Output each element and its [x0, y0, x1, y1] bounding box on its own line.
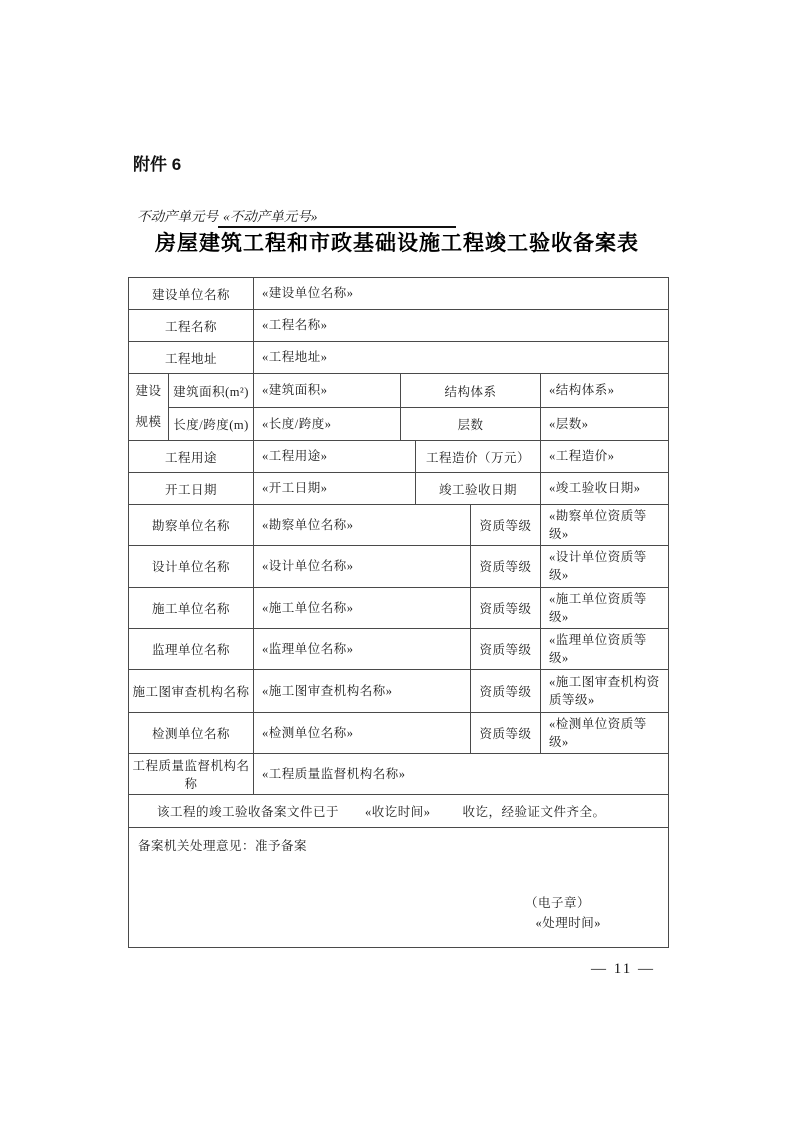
scale-label-line1: 建设: [131, 376, 166, 407]
testing-grade-label: 资质等级: [471, 713, 541, 754]
structure-system-value: «结构体系»: [541, 374, 669, 408]
drawing-review-grade-label: 资质等级: [471, 670, 541, 713]
start-date-label: 开工日期: [129, 473, 254, 505]
supervision-unit-label: 监理单位名称: [129, 628, 254, 669]
design-grade-label: 资质等级: [471, 546, 541, 587]
page-title: 房屋建筑工程和市政基础设施工程竣工验收备案表: [0, 227, 794, 257]
contractor-label: 施工单位名称: [129, 587, 254, 628]
table-row: 工程名称 «工程名称»: [129, 310, 669, 342]
building-area-value: «建筑面积»: [254, 374, 401, 408]
contractor-grade-value: «施工单位资质等级»: [541, 587, 669, 628]
building-area-label: 建筑面积(m²): [169, 374, 254, 408]
table-row: 开工日期 «开工日期» 竣工验收日期 «竣工验收日期»: [129, 473, 669, 505]
table-row: 检测单位名称 «检测单位名称» 资质等级 «检测单位资质等级»: [129, 713, 669, 754]
drawing-review-grade-value: «施工图审查机构资质等级»: [541, 670, 669, 713]
table-row: 设计单位名称 «设计单位名称» 资质等级 «设计单位资质等级»: [129, 546, 669, 587]
attachment-label: 附件 6: [133, 150, 181, 175]
receipt-statement-cell: 该工程的竣工验收备案文件已于«收讫时间»收讫，经验证文件齐全。: [129, 795, 669, 828]
contractor-grade-label: 资质等级: [471, 587, 541, 628]
table-row: 建设单位名称 «建设单位名称»: [129, 278, 669, 310]
cost-value: «工程造价»: [541, 441, 669, 473]
completion-acceptance-record-table: 建设单位名称 «建设单位名称» 工程名称 «工程名称» 工程地址 «工程地址» …: [128, 277, 669, 948]
start-date-value: «开工日期»: [254, 473, 416, 505]
floors-value: «层数»: [541, 408, 669, 441]
table-row: 施工图审查机构名称 «施工图审查机构名称» 资质等级 «施工图审查机构资质等级»: [129, 670, 669, 713]
drawing-review-org-label: 施工图审查机构名称: [129, 670, 254, 713]
design-grade-value: «设计单位资质等级»: [541, 546, 669, 587]
testing-grade-value: «检测单位资质等级»: [541, 713, 669, 754]
project-address-value: «工程地址»: [254, 342, 669, 374]
acceptance-date-value: «竣工验收日期»: [541, 473, 669, 505]
table-row: 长度/跨度(m) «长度/跨度» 层数 «层数»: [129, 408, 669, 441]
contractor-value: «施工单位名称»: [254, 587, 471, 628]
unit-no-value-field: «不动产单元号»: [218, 205, 456, 228]
page-number: — 11 —: [591, 961, 655, 978]
quality-supervision-org-label: 工程质量监督机构名称: [129, 754, 254, 795]
design-unit-label: 设计单位名称: [129, 546, 254, 587]
structure-system-label: 结构体系: [401, 374, 541, 408]
usage-label: 工程用途: [129, 441, 254, 473]
table-row: 勘察单位名称 «勘察单位名称» 资质等级 «勘察单位资质等级»: [129, 505, 669, 546]
electronic-seal-placeholder: （电子章）: [525, 893, 590, 913]
project-address-label: 工程地址: [129, 342, 254, 374]
length-span-label: 长度/跨度(m): [169, 408, 254, 441]
project-name-label: 工程名称: [129, 310, 254, 342]
authority-opinion-cell: 备案机关处理意见：准予备案 （电子章） «处理时间»: [129, 828, 669, 948]
acceptance-date-label: 竣工验收日期: [416, 473, 541, 505]
construction-unit-value: «建设单位名称»: [254, 278, 669, 310]
table-row: 工程用途 «工程用途» 工程造价（万元） «工程造价»: [129, 441, 669, 473]
scale-label-line2: 规模: [131, 407, 166, 438]
survey-unit-label: 勘察单位名称: [129, 505, 254, 546]
authority-opinion-text: 备案机关处理意见：准予备案: [129, 829, 668, 854]
survey-unit-value: «勘察单位名称»: [254, 505, 471, 546]
construction-unit-label: 建设单位名称: [129, 278, 254, 310]
cost-label: 工程造价（万元）: [416, 441, 541, 473]
receipt-statement-part1: 该工程的竣工验收备案文件已于: [157, 805, 339, 819]
survey-grade-label: 资质等级: [471, 505, 541, 546]
quality-supervision-org-value: «工程质量监督机构名称»: [254, 754, 669, 795]
design-unit-value: «设计单位名称»: [254, 546, 471, 587]
supervision-grade-value: «监理单位资质等级»: [541, 628, 669, 669]
receipt-time-field: «收讫时间»: [365, 805, 431, 819]
testing-unit-value: «检测单位名称»: [254, 713, 471, 754]
opinion-spacer: [129, 854, 668, 893]
receipt-statement-part2: 收讫，经验证文件齐全。: [463, 805, 606, 819]
table-row: 工程质量监督机构名称 «工程质量监督机构名称»: [129, 754, 669, 795]
supervision-unit-value: «监理单位名称»: [254, 628, 471, 669]
construction-scale-label: 建设 规模: [129, 374, 169, 441]
table-row: 该工程的竣工验收备案文件已于«收讫时间»收讫，经验证文件齐全。: [129, 795, 669, 828]
table-row: 建设 规模 建筑面积(m²) «建筑面积» 结构体系 «结构体系»: [129, 374, 669, 408]
survey-grade-value: «勘察单位资质等级»: [541, 505, 669, 546]
length-span-value: «长度/跨度»: [254, 408, 401, 441]
project-name-value: «工程名称»: [254, 310, 669, 342]
table-row: 施工单位名称 «施工单位名称» 资质等级 «施工单位资质等级»: [129, 587, 669, 628]
table-row: 监理单位名称 «监理单位名称» 资质等级 «监理单位资质等级»: [129, 628, 669, 669]
unit-no-label: 不动产单元号: [137, 209, 218, 224]
usage-value: «工程用途»: [254, 441, 416, 473]
table-row: 备案机关处理意见：准予备案 （电子章） «处理时间»: [129, 828, 669, 948]
real-estate-unit-line: 不动产单元号«不动产单元号»: [137, 205, 456, 228]
drawing-review-org-value: «施工图审查机构名称»: [254, 670, 471, 713]
processing-time-field: «处理时间»: [536, 913, 602, 933]
table-row: 工程地址 «工程地址»: [129, 342, 669, 374]
testing-unit-label: 检测单位名称: [129, 713, 254, 754]
supervision-grade-label: 资质等级: [471, 628, 541, 669]
floors-label: 层数: [401, 408, 541, 441]
